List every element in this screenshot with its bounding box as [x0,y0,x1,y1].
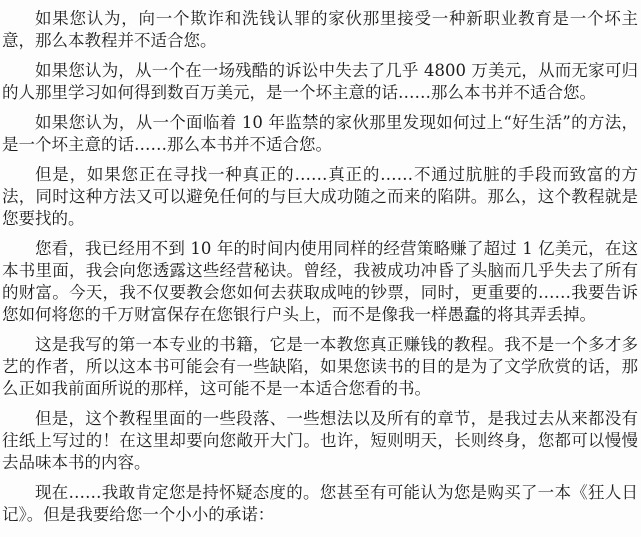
document-page: 如果您认为，向一个欺诈和洗钱认罪的家伙那里接受一种新职业教育是一个坏主意，那么本… [0,0,641,537]
paragraph-6: 这是我写的第一本专业的书籍，它是一本教您真正赚钱的教程。我不是一个多才多艺的作者… [2,334,638,400]
paragraph-3: 如果您认为，从一个面临着 10 年监禁的家伙那里发现如何过上“好生活”的方法，是… [2,112,638,156]
paragraph-1: 如果您认为，向一个欺诈和洗钱认罪的家伙那里接受一种新职业教育是一个坏主意，那么本… [2,8,638,52]
paragraph-7: 但是，这个教程里面的一些段落、一些想法以及所有的章节，是我过去从来都没有往纸上写… [2,408,638,474]
paragraph-4: 但是，如果您正在寻找一种真正的……真正的……不通过肮脏的手段而致富的方法，同时这… [2,164,638,230]
paragraph-2: 如果您认为，从一个在一场残酷的诉讼中失去了几乎 4800 万美元，从而无家可归的… [2,60,638,104]
paragraph-5: 您看，我已经用不到 10 年的时间内使用同样的经营策略赚了超过 1 亿美元，在这… [2,238,638,326]
paragraph-8: 现在……我敢肯定您是持怀疑态度的。您甚至有可能认为您是购买了一本《狂人日记》。但… [2,482,638,526]
